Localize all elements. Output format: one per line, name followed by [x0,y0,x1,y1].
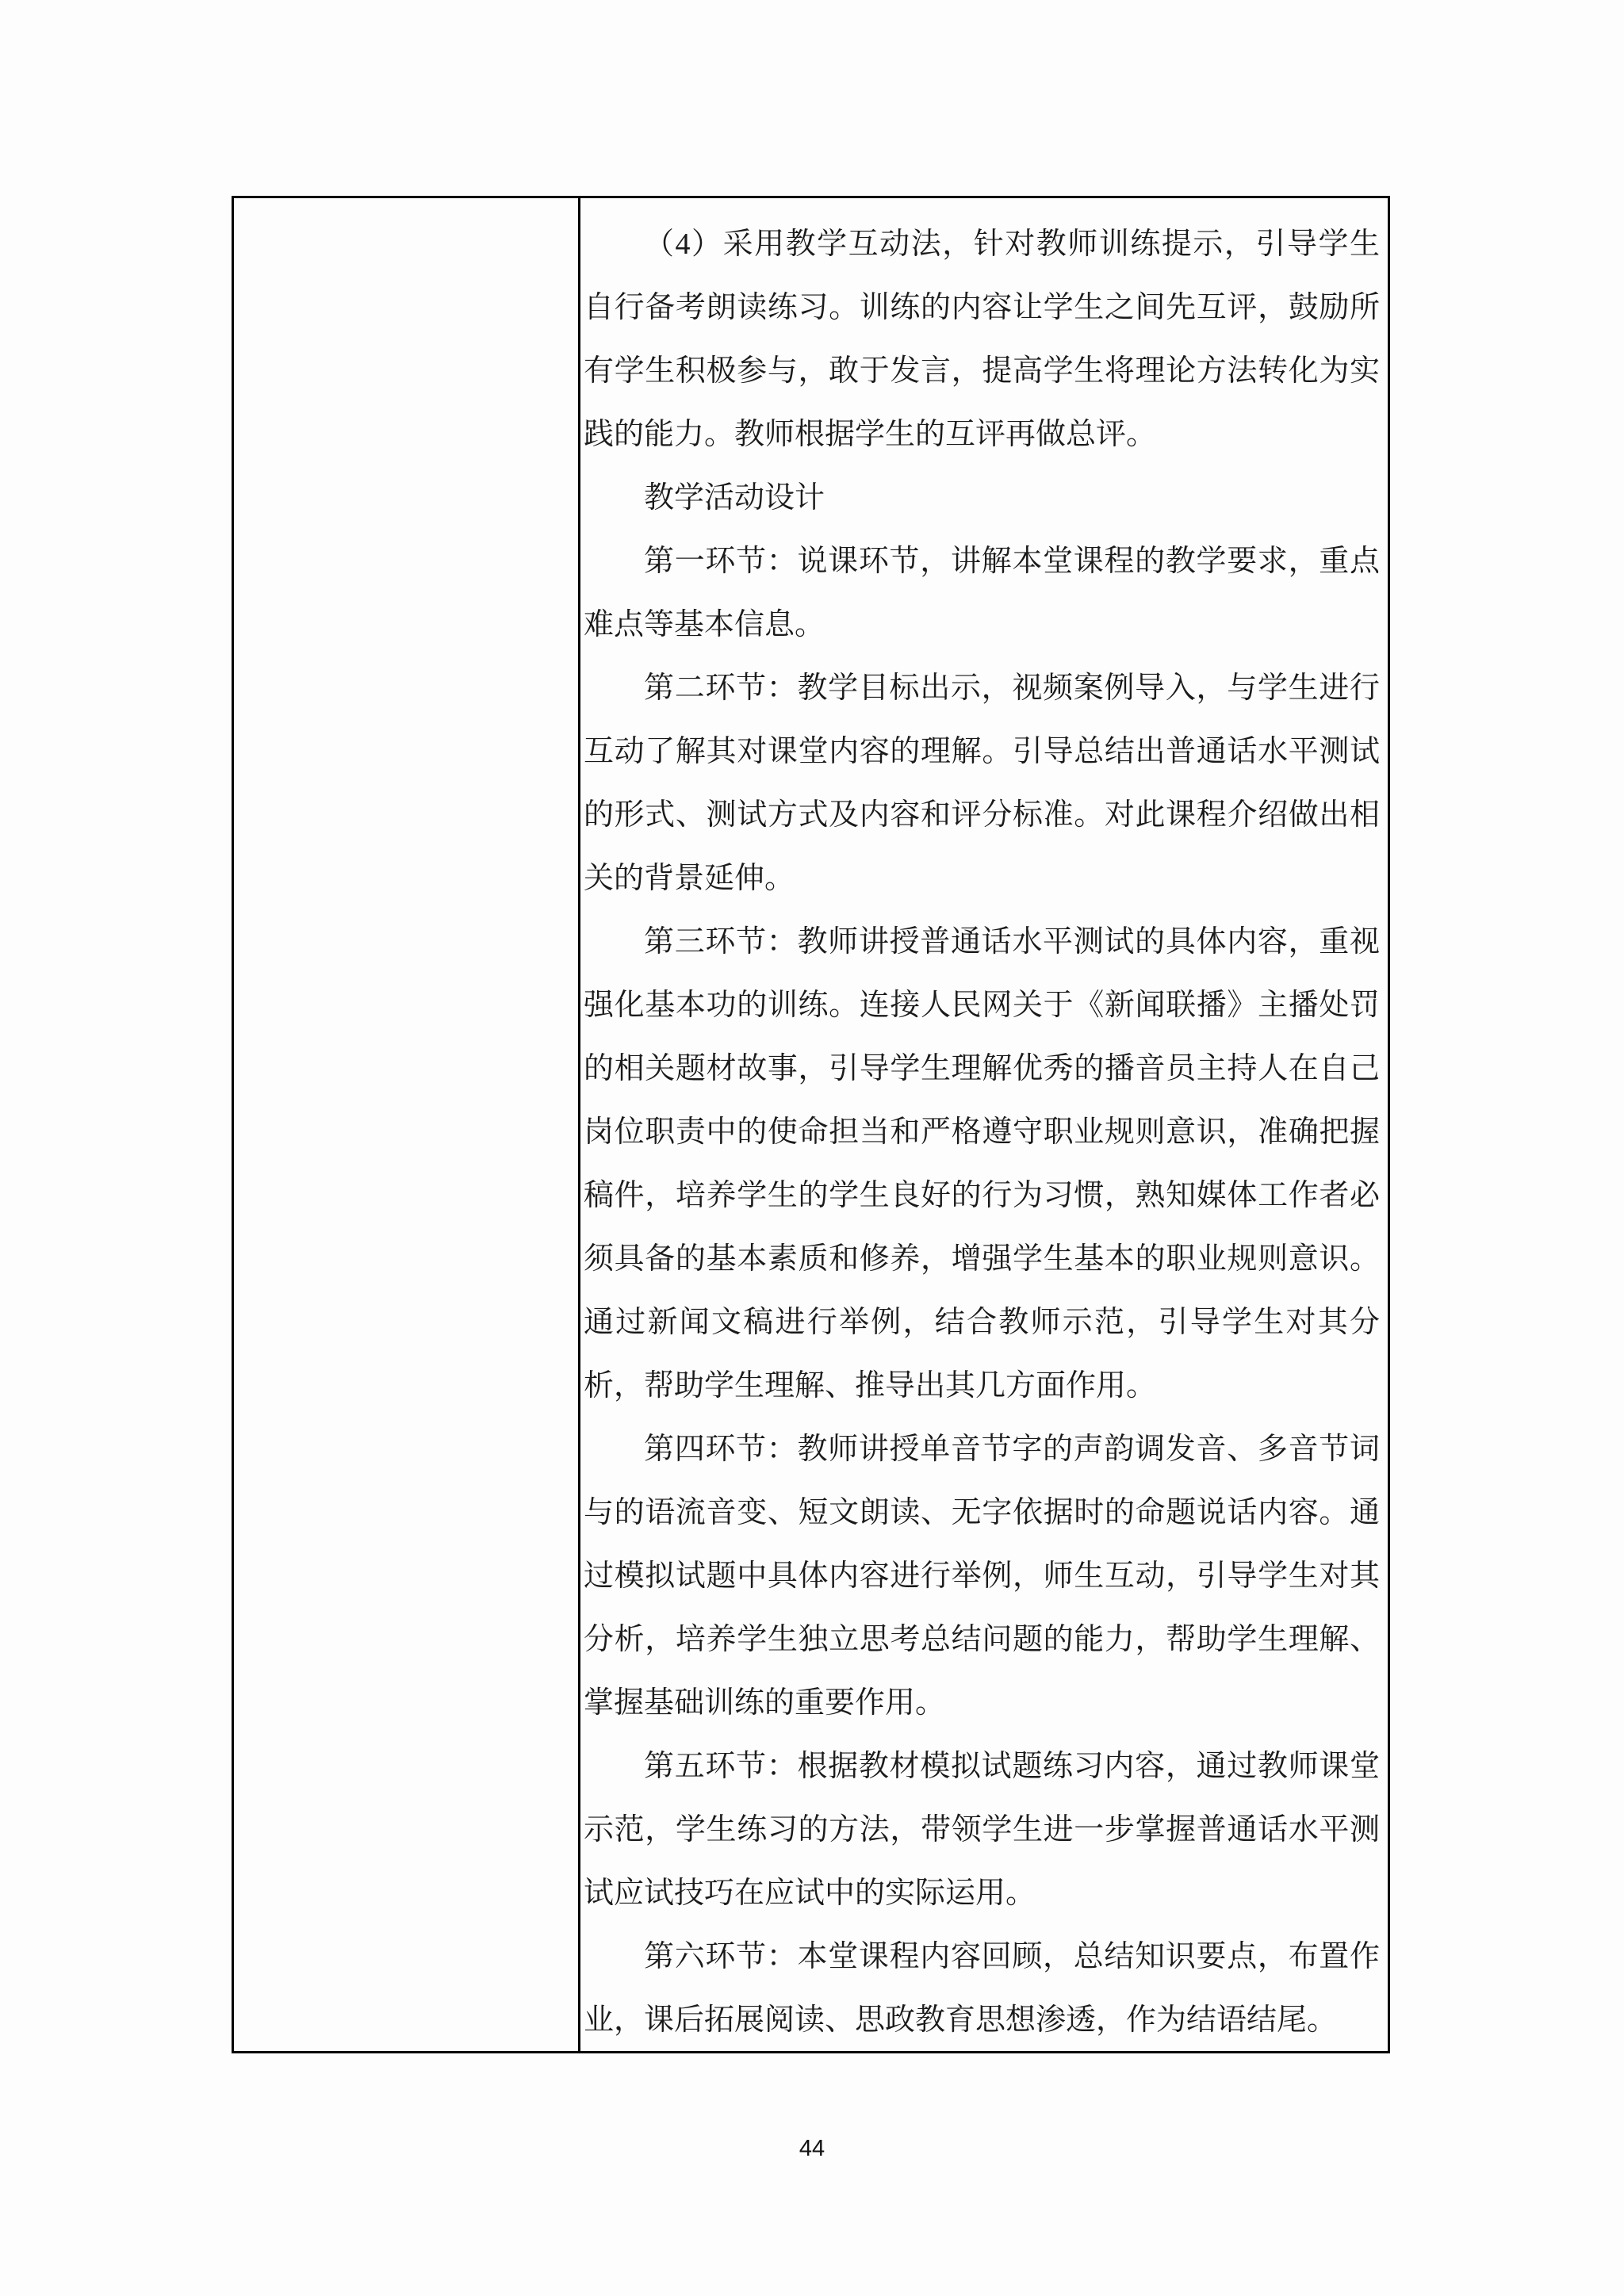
paragraph-step-4: 第四环节：教师讲授单音节字的声韵调发音、多音节词与的语流音变、短文朗读、无字依据… [584,1418,1380,1735]
table-cell-right: （4）采用教学互动法，针对教师训练提示，引导学生自行备考朗读练习。训练的内容让学… [580,198,1388,2051]
document-page: （4）采用教学互动法，针对教师训练提示，引导学生自行备考朗读练习。训练的内容让学… [0,0,1624,2296]
paragraph-activity-design-heading: 教学活动设计 [584,466,1380,530]
paragraph-step-2: 第二环节：教学目标出示，视频案例导入，与学生进行互动了解其对课堂内容的理解。引导… [584,656,1380,910]
paragraph-step-5: 第五环节：根据教材模拟试题练习内容，通过教师课堂示范，学生练习的方法，带领学生进… [584,1735,1380,1925]
page-number: 44 [0,2134,1624,2163]
table-cell-left [234,198,580,2051]
lesson-plan-table: （4）采用教学互动法，针对教师训练提示，引导学生自行备考朗读练习。训练的内容让学… [232,196,1390,2053]
paragraph-step-1: 第一环节：说课环节，讲解本堂课程的教学要求，重点难点等基本信息。 [584,530,1380,656]
paragraph-teaching-method-4: （4）采用教学互动法，针对教师训练提示，引导学生自行备考朗读练习。训练的内容让学… [584,212,1380,466]
paragraph-step-6: 第六环节：本堂课程内容回顾，总结知识要点，布置作业，课后拓展阅读、思政教育思想渗… [584,1925,1380,2051]
paragraph-step-3: 第三环节：教师讲授普通话水平测试的具体内容，重视强化基本功的训练。连接人民网关于… [584,910,1380,1418]
